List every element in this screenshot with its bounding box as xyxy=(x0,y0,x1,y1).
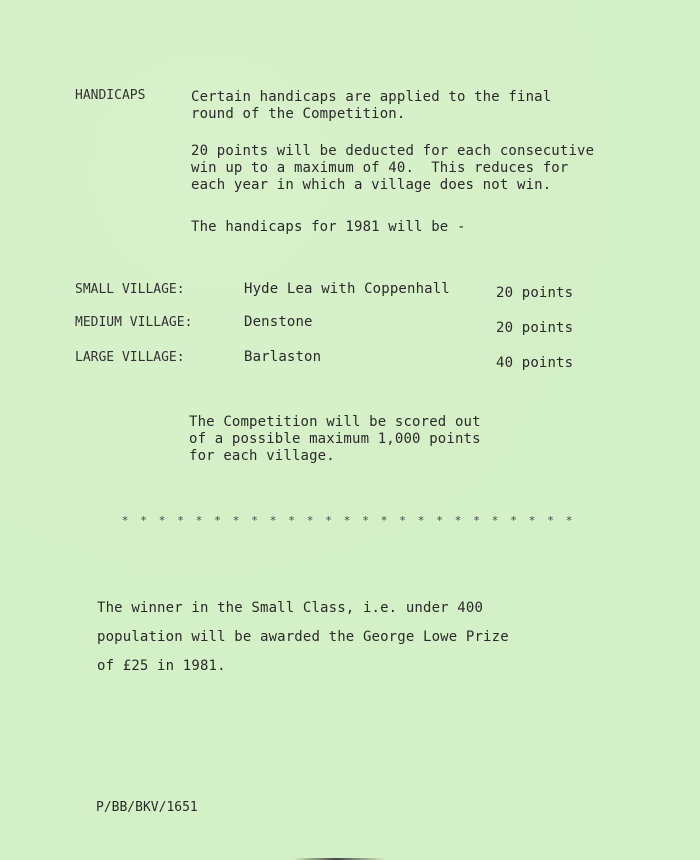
asterisk-glyph: * xyxy=(343,514,351,527)
asterisk-glyph: * xyxy=(399,514,407,527)
asterisk-glyph: * xyxy=(195,514,203,527)
asterisk-glyph: * xyxy=(325,514,333,527)
village-name: Barlaston xyxy=(244,349,321,366)
scoring-paragraph: The Competition will be scored out of a … xyxy=(189,414,481,465)
village-name: Hyde Lea with Coppenhall xyxy=(244,281,450,298)
asterisk-glyph: * xyxy=(177,514,185,527)
asterisk-glyph: * xyxy=(232,514,240,527)
asterisk-glyph: * xyxy=(547,514,555,527)
section-label: HANDICAPS xyxy=(75,87,145,104)
village-category: MEDIUM VILLAGE: xyxy=(75,314,192,331)
asterisk-glyph: * xyxy=(417,514,425,527)
asterisk-glyph: * xyxy=(158,514,166,527)
village-category: LARGE VILLAGE: xyxy=(75,349,185,366)
asterisk-glyph: * xyxy=(436,514,444,527)
asterisk-glyph: * xyxy=(528,514,536,527)
asterisk-glyph: * xyxy=(269,514,277,527)
asterisk-glyph: * xyxy=(251,514,259,527)
handicap-points: 40 points xyxy=(496,355,573,372)
prize-paragraph: The winner in the Small Class, i.e. unde… xyxy=(97,594,509,681)
village-category: SMALL VILLAGE: xyxy=(75,281,185,298)
asterisk-glyph: * xyxy=(214,514,222,527)
asterisk-glyph: * xyxy=(288,514,296,527)
village-name: Denstone xyxy=(244,314,313,331)
asterisk-glyph: * xyxy=(491,514,499,527)
intro-paragraph: Certain handicaps are applied to the fin… xyxy=(191,89,551,123)
asterisk-glyph: * xyxy=(362,514,370,527)
asterisk-glyph: * xyxy=(121,514,129,527)
asterisk-glyph: * xyxy=(140,514,148,527)
asterisk-divider: ************************* xyxy=(121,514,573,527)
asterisk-glyph: * xyxy=(565,514,573,527)
asterisk-glyph: * xyxy=(306,514,314,527)
reference-code: P/BB/BKV/1651 xyxy=(96,799,198,816)
deduction-paragraph: 20 points will be deducted for each cons… xyxy=(191,143,594,194)
asterisk-glyph: * xyxy=(454,514,462,527)
handicap-points: 20 points xyxy=(496,285,573,302)
asterisk-glyph: * xyxy=(510,514,518,527)
handicaps-lead-text: The handicaps for 1981 will be - xyxy=(191,219,466,236)
asterisk-glyph: * xyxy=(473,514,481,527)
asterisk-glyph: * xyxy=(380,514,388,527)
handicap-points: 20 points xyxy=(496,320,573,337)
document-page: HANDICAPS Certain handicaps are applied … xyxy=(0,0,700,860)
